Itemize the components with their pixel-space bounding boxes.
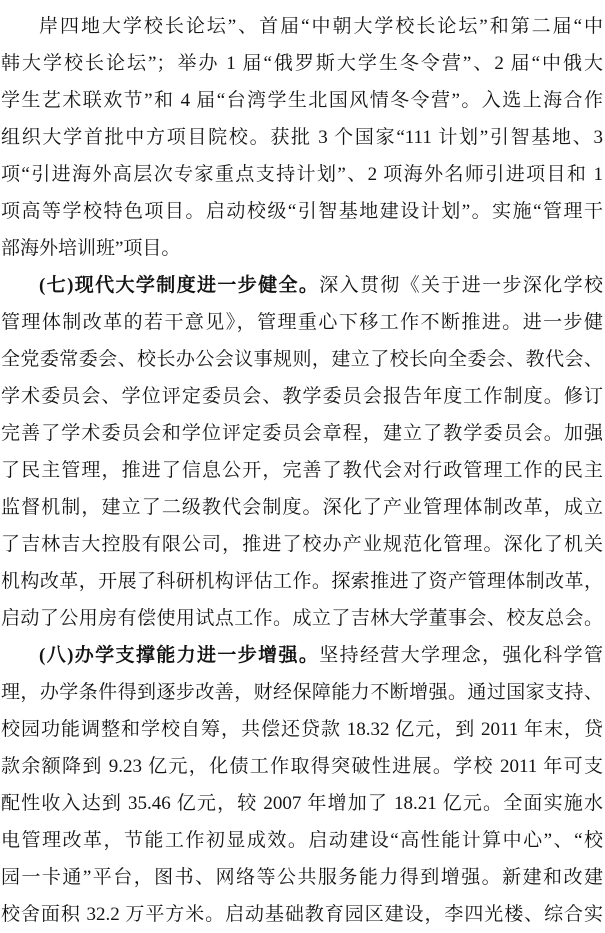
text-line: 校园功能调整和学校自筹，共偿还贷款 18.32 亿元，到 2011 年末，贷 <box>1 711 603 748</box>
body-text: 校舍面积 32.2 万平方米。启动基础教育园区建设，李四光楼、综合实 <box>1 904 603 925</box>
text-line: 全党委常委会、校长办公会议事规则，建立了校长向全委会、教代会、 <box>1 341 603 378</box>
text-line: 了吉林吉大控股有限公司，推进了校办产业规范化管理。深化了机关 <box>1 526 603 563</box>
text-line: 项高等学校特色项目。启动校级“引智基地建设计划”。实施“管理干 <box>1 193 603 230</box>
text-line: 岸四地大学校长论坛”、首届“中朝大学校长论坛”和第二届“中 <box>1 8 603 45</box>
body-text: 完善了学术委员会和学位评定委员会章程，建立了教学委员会。加强 <box>1 423 603 444</box>
body-text: 园一卡通”平台，图书、网络等公共服务能力得到增强。新建和改建 <box>1 867 603 888</box>
section-heading-text: (八)办学支撑能力进一步增强。 <box>39 645 319 666</box>
document-page: 岸四地大学校长论坛”、首届“中朝大学校长论坛”和第二届“中韩大学校长论坛”；举办… <box>0 0 605 933</box>
text-line: 校舍面积 32.2 万平方米。启动基础教育园区建设，李四光楼、综合实 <box>1 896 603 933</box>
body-text: 理，办学条件得到逐步改善，财经保障能力不断增强。通过国家支持、 <box>1 682 603 703</box>
text-line: 园一卡通”平台，图书、网络等公共服务能力得到增强。新建和改建 <box>1 859 603 896</box>
body-text: 全党委常委会、校长办公会议事规则，建立了校长向全委会、教代会、 <box>1 349 603 370</box>
body-text: 部海外培训班”项目。 <box>1 238 180 259</box>
body-text: 监督机制，建立了二级教代会制度。深化了产业管理体制改革，成立 <box>1 497 603 518</box>
text-line: (八)办学支撑能力进一步增强。坚持经营大学理念，强化科学管 <box>1 637 603 674</box>
text-line: 了民主管理，推进了信息公开，完善了教代会对行政管理工作的民主 <box>1 452 603 489</box>
body-text: 学术委员会、学位评定委员会、教学委员会报告年度工作制度。修订 <box>1 386 603 407</box>
body-text: 电管理改革，节能工作初显成效。启动建设“高性能计算中心”、“校 <box>1 830 603 851</box>
body-text: 启动了公用房有偿使用试点工作。成立了吉林大学董事会、校友总会。 <box>1 608 603 629</box>
text-line: 组织大学首批中方项目院校。获批 3 个国家“111 计划”引智基地、3 <box>1 119 603 156</box>
text-line: 学生艺术联欢节”和 4 届“台湾学生北国风情冬令营”。入选上海合作 <box>1 82 603 119</box>
body-text: 项“引进海外高层次专家重点支持计划”、2 项海外名师引进项目和 1 <box>1 164 603 185</box>
body-text: 校园功能调整和学校自筹，共偿还贷款 18.32 亿元，到 2011 年末，贷 <box>1 719 603 740</box>
document-body: 岸四地大学校长论坛”、首届“中朝大学校长论坛”和第二届“中韩大学校长论坛”；举办… <box>1 8 603 933</box>
text-line: 部海外培训班”项目。 <box>1 230 603 267</box>
text-line: 启动了公用房有偿使用试点工作。成立了吉林大学董事会、校友总会。 <box>1 600 603 637</box>
text-line: 项“引进海外高层次专家重点支持计划”、2 项海外名师引进项目和 1 <box>1 156 603 193</box>
body-text: 深入贯彻《关于进一步深化学校 <box>319 275 603 296</box>
text-line: 理，办学条件得到逐步改善，财经保障能力不断增强。通过国家支持、 <box>1 674 603 711</box>
body-text: 管理体制改革的若干意见》，管理重心下移工作不断推进。进一步健 <box>1 312 603 333</box>
body-text: 学生艺术联欢节”和 4 届“台湾学生北国风情冬令营”。入选上海合作 <box>1 90 603 111</box>
text-line: 学术委员会、学位评定委员会、教学委员会报告年度工作制度。修订 <box>1 378 603 415</box>
body-text: 岸四地大学校长论坛”、首届“中朝大学校长论坛”和第二届“中 <box>39 16 603 37</box>
body-text: 韩大学校长论坛”；举办 1 届“俄罗斯大学生冬令营”、2 届“中俄大 <box>1 53 603 74</box>
text-line: 完善了学术委员会和学位评定委员会章程，建立了教学委员会。加强 <box>1 415 603 452</box>
body-text: 配性收入达到 35.46 亿元，较 2007 年增加了 18.21 亿元。全面实… <box>1 793 603 814</box>
body-text: 组织大学首批中方项目院校。获批 3 个国家“111 计划”引智基地、3 <box>1 127 603 148</box>
text-line: 款余额降到 9.23 亿元，化债工作取得突破性进展。学校 2011 年可支 <box>1 748 603 785</box>
text-line: 韩大学校长论坛”；举办 1 届“俄罗斯大学生冬令营”、2 届“中俄大 <box>1 45 603 82</box>
section-heading-text: (七)现代大学制度进一步健全。 <box>39 275 319 296</box>
body-text: 了民主管理，推进了信息公开，完善了教代会对行政管理工作的民主 <box>1 460 603 481</box>
text-line: (七)现代大学制度进一步健全。深入贯彻《关于进一步深化学校 <box>1 267 603 304</box>
text-line: 配性收入达到 35.46 亿元，较 2007 年增加了 18.21 亿元。全面实… <box>1 785 603 822</box>
body-text: 坚持经营大学理念，强化科学管 <box>319 645 603 666</box>
body-text: 了吉林吉大控股有限公司，推进了校办产业规范化管理。深化了机关 <box>1 534 603 555</box>
text-line: 机构改革，开展了科研机构评估工作。探索推进了资产管理体制改革， <box>1 563 603 600</box>
body-text: 项高等学校特色项目。启动校级“引智基地建设计划”。实施“管理干 <box>1 201 603 222</box>
text-line: 电管理改革，节能工作初显成效。启动建设“高性能计算中心”、“校 <box>1 822 603 859</box>
text-line: 管理体制改革的若干意见》，管理重心下移工作不断推进。进一步健 <box>1 304 603 341</box>
body-text: 款余额降到 9.23 亿元，化债工作取得突破性进展。学校 2011 年可支 <box>1 756 603 777</box>
text-line: 监督机制，建立了二级教代会制度。深化了产业管理体制改革，成立 <box>1 489 603 526</box>
body-text: 机构改革，开展了科研机构评估工作。探索推进了资产管理体制改革， <box>1 571 603 592</box>
